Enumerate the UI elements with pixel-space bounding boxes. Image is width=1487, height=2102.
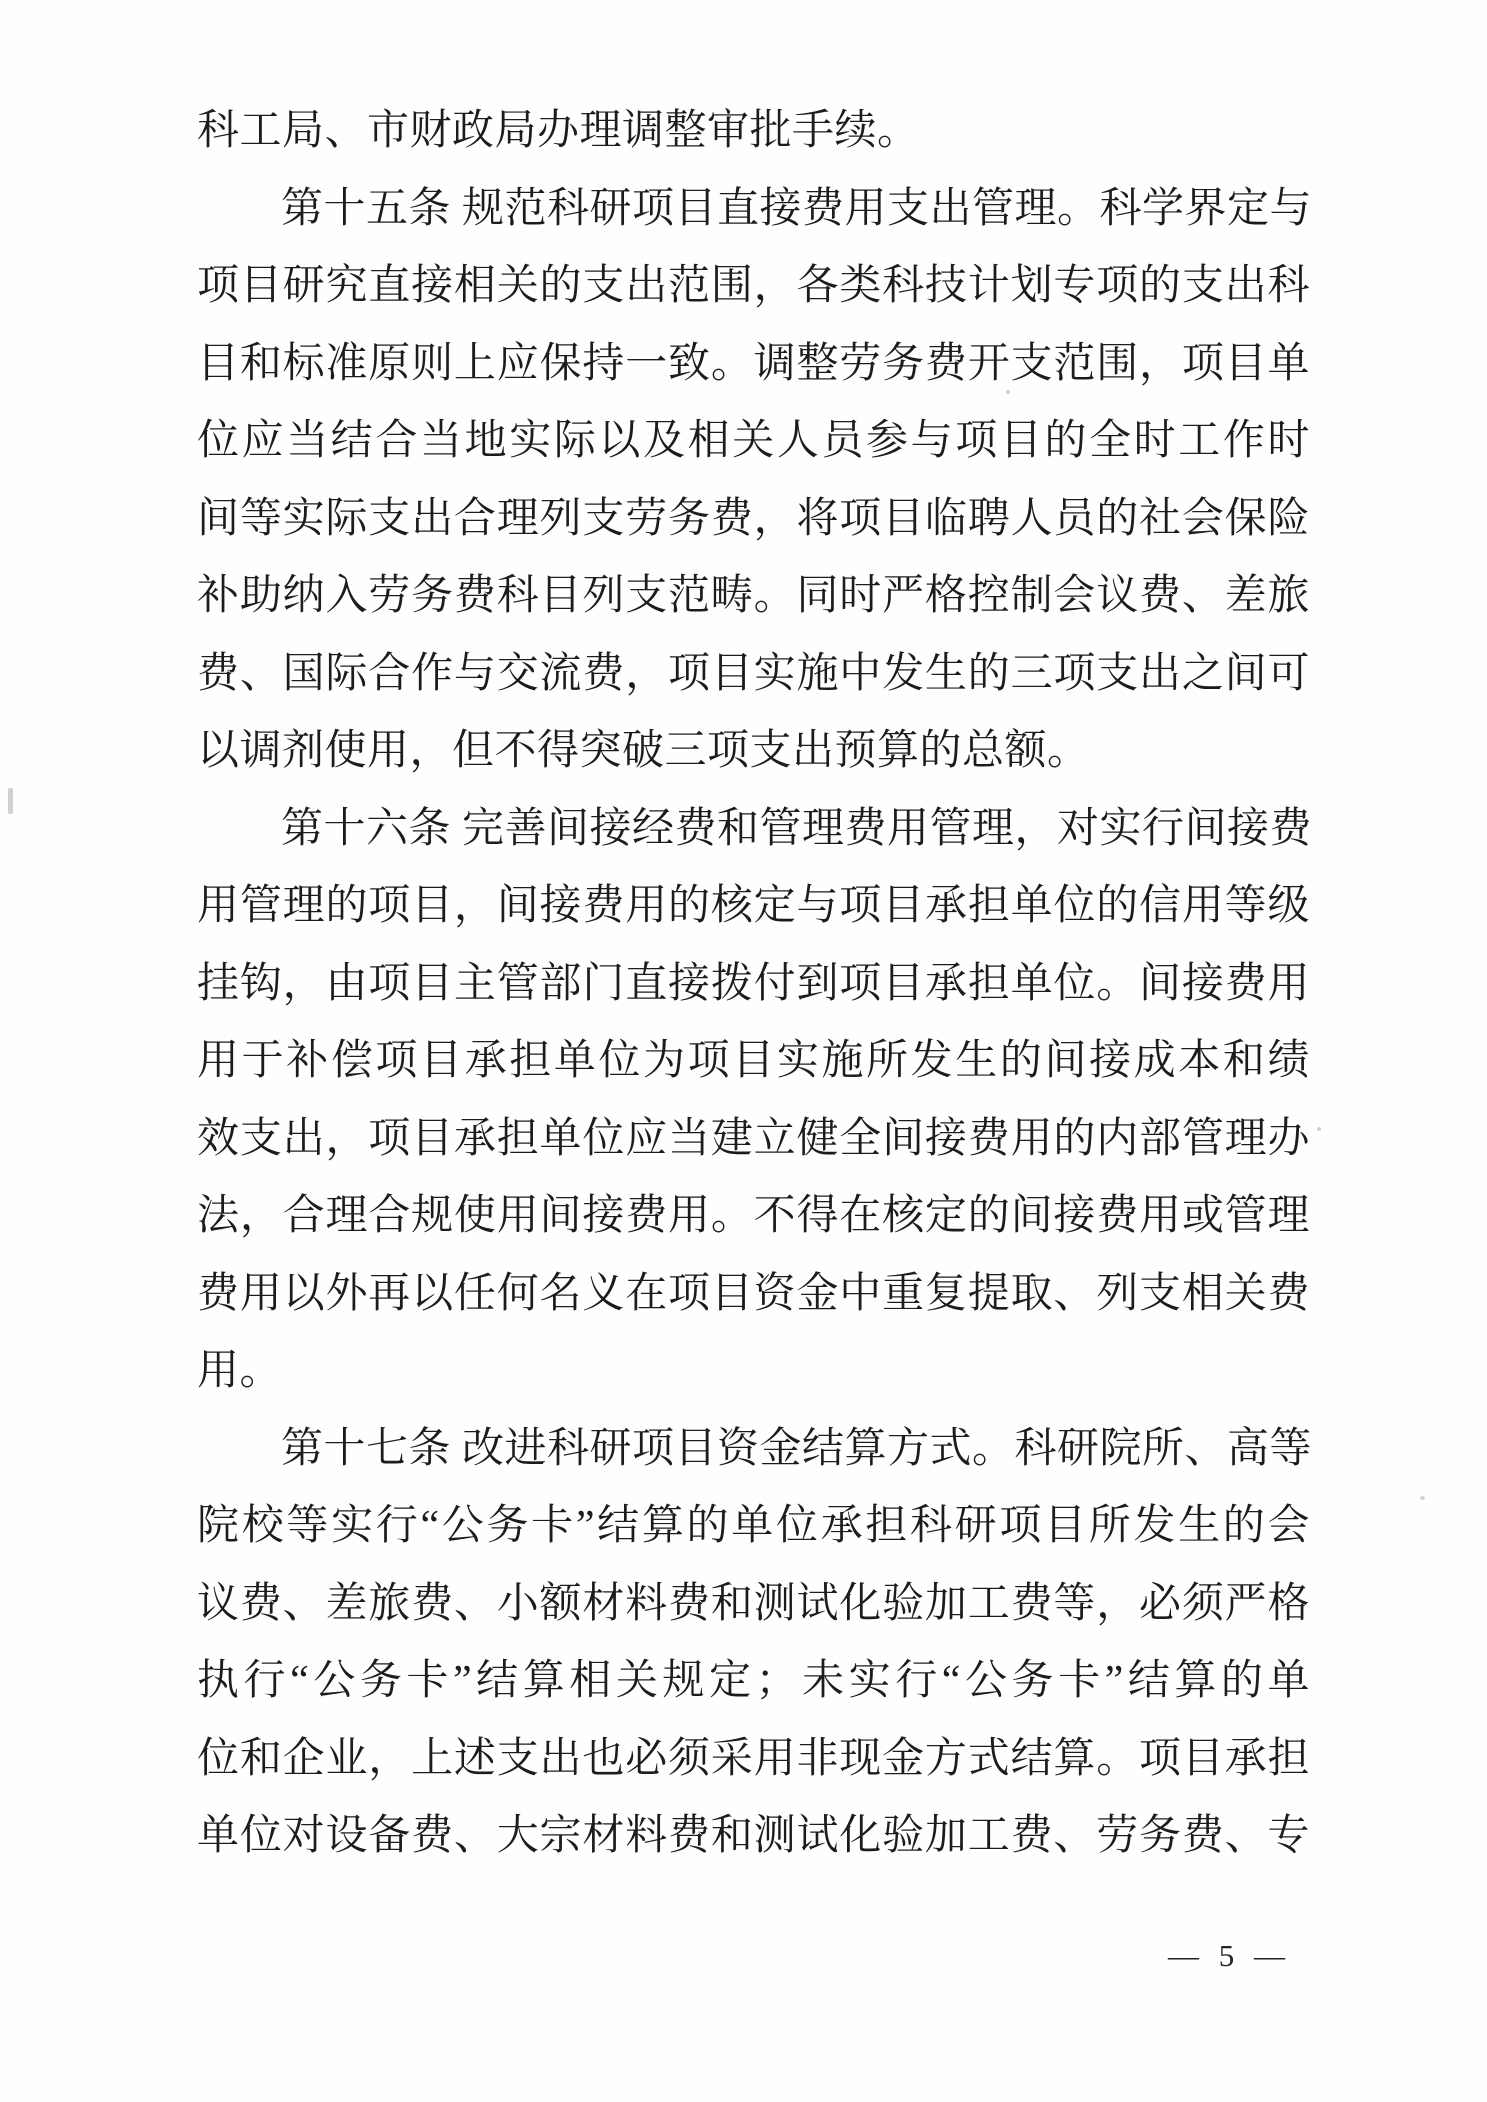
text-line: 法，合理合规使用间接费用。不得在核定的间接费用或管理 [197, 1178, 1310, 1256]
text-line: 挂钩，由项目主管部门直接拨付到项目承担单位。间接费用 [197, 946, 1310, 1024]
scan-artifact [8, 788, 13, 814]
scan-artifact [1420, 1496, 1425, 1500]
text-line: 执行“公务卡”结算相关规定；未实行“公务卡”结算的单 [197, 1643, 1310, 1721]
document-page: 科工局、市财政局办理调整审批手续。第十五条 规范科研项目直接费用支出管理。科学界… [0, 0, 1487, 2102]
text-line: 位和企业，上述支出也必须采用非现金方式结算。项目承担 [197, 1721, 1310, 1799]
text-line: 补助纳入劳务费科目列支范畴。同时严格控制会议费、差旅 [197, 558, 1310, 636]
text-line: 院校等实行“公务卡”结算的单位承担科研项目所发生的会 [197, 1488, 1310, 1566]
text-line: 第十六条 完善间接经费和管理费用管理，对实行间接费 [197, 791, 1310, 869]
text-line: 第十七条 改进科研项目资金结算方式。科研院所、高等 [197, 1411, 1310, 1489]
text-block: 科工局、市财政局办理调整审批手续。第十五条 规范科研项目直接费用支出管理。科学界… [197, 93, 1310, 1876]
text-line: 项目研究直接相关的支出范围，各类科技计划专项的支出科 [197, 248, 1310, 326]
text-line: 议费、差旅费、小额材料费和测试化验加工费等，必须严格 [197, 1566, 1310, 1644]
text-line: 第十五条 规范科研项目直接费用支出管理。科学界定与 [197, 171, 1310, 249]
text-line: 费、国际合作与交流费，项目实施中发生的三项支出之间可 [197, 636, 1310, 714]
text-line: 目和标准原则上应保持一致。调整劳务费开支范围，项目单 [197, 326, 1310, 404]
text-line: 以调剂使用，但不得突破三项支出预算的总额。 [197, 713, 1310, 791]
text-line: 单位对设备费、大宗材料费和测试化验加工费、劳务费、专 [197, 1798, 1310, 1876]
text-line: 用管理的项目，间接费用的核定与项目承担单位的信用等级 [197, 868, 1310, 946]
scan-artifact [1006, 390, 1010, 394]
text-line: 用。 [197, 1333, 1310, 1411]
text-line: 间等实际支出合理列支劳务费，将项目临聘人员的社会保险 [197, 481, 1310, 559]
page-number: — 5 — [1168, 1938, 1291, 1974]
text-line: 科工局、市财政局办理调整审批手续。 [197, 93, 1310, 171]
text-line: 用于补偿项目承担单位为项目实施所发生的间接成本和绩 [197, 1023, 1310, 1101]
text-line: 位应当结合当地实际以及相关人员参与项目的全时工作时 [197, 403, 1310, 481]
text-line: 效支出，项目承担单位应当建立健全间接费用的内部管理办 [197, 1101, 1310, 1179]
text-line: 费用以外再以任何名义在项目资金中重复提取、列支相关费 [197, 1256, 1310, 1334]
scan-artifact [1317, 1127, 1321, 1131]
